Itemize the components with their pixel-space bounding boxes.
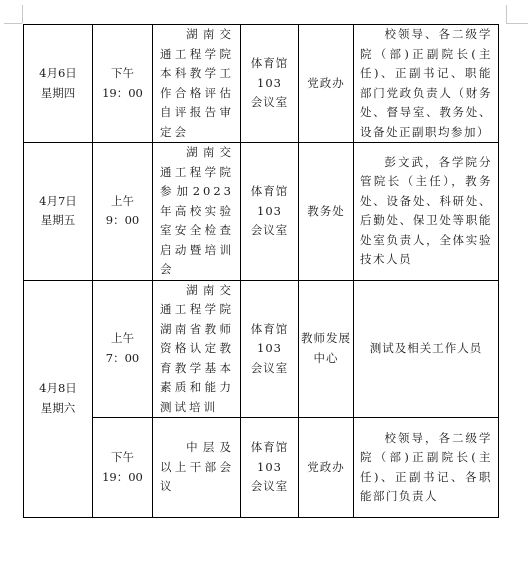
venue-room-type: 会议室	[241, 477, 298, 497]
date-text: 4月8日	[24, 379, 92, 399]
time-cell: 上午 7：00	[93, 280, 153, 418]
attendees-cell: 校领导，各二级学院（部)正副院长(主任)、正副书记、各职能部门负责人	[354, 418, 499, 518]
weekday-text: 星期四	[24, 84, 92, 104]
organizer-text: 教务处	[307, 204, 345, 218]
crop-mark-top-right-vertical	[506, 5, 507, 23]
attendees-text: 测试及相关工作人员	[370, 341, 483, 355]
venue-building: 体育馆	[241, 438, 298, 458]
period-text: 上午	[93, 192, 152, 212]
attendees-cell: 测试及相关工作人员	[354, 280, 499, 418]
table-row: 4月7日 星期五 上午 9：00 湖南交通工程学院参加2023年高校实验室安全检…	[24, 143, 499, 281]
period-text: 下午	[93, 448, 152, 468]
topic-text: 中层及以上干部会议	[160, 440, 234, 493]
time-text: 19：00	[93, 468, 152, 488]
attendees-cell: 校领导、各二级学院（部)正副院长(主任)、正副书记、职能部门党政负责人（财务处、…	[354, 25, 499, 143]
date-text: 4月7日	[24, 192, 92, 212]
venue-room-number: 103	[241, 74, 298, 94]
venue-room-type: 会议室	[241, 359, 298, 379]
time-text: 9：00	[93, 211, 152, 231]
time-cell: 下午 19：00	[93, 25, 153, 143]
topic-cell: 湖南交通工程学院参加2023年高校实验室安全检查启动暨培训会	[153, 143, 241, 281]
date-text: 4月6日	[24, 64, 92, 84]
organizer-cell: 党政办	[299, 418, 354, 518]
date-cell: 4月6日 星期四	[24, 25, 93, 143]
venue-room-number: 103	[241, 339, 298, 359]
attendees-cell: 彭文武，各学院分管院长（主任），教务处、设备处、科研处、后勤处、保卫处等职能处室…	[354, 143, 499, 281]
organizer-cell: 教师发展中心	[299, 280, 354, 418]
time-text: 19：00	[93, 84, 152, 104]
table-row: 下午 19：00 中层及以上干部会议 体育馆 103 会议室 党政办 校领导，各…	[24, 418, 499, 518]
topic-text: 湖南交通工程学院本科教学工作合格评估自评报告审定会	[160, 27, 234, 139]
organizer-text: 党政办	[307, 460, 345, 474]
weekday-text: 星期五	[24, 211, 92, 231]
venue-cell: 体育馆 103 会议室	[241, 143, 299, 281]
attendees-text: 校领导、各二级学院（部)正副院长(主任)、正副书记、职能部门党政负责人（财务处、…	[360, 27, 492, 139]
time-cell: 下午 19：00	[93, 418, 153, 518]
crop-mark-top-right-horizontal	[506, 23, 528, 24]
date-cell: 4月7日 星期五	[24, 143, 93, 281]
topic-text: 湖南交通工程学院湖南省教师资格认定教育教学基本素质和能力测试培训	[160, 283, 234, 414]
attendees-text: 彭文武，各学院分管院长（主任），教务处、设备处、科研处、后勤处、保卫处等职能处室…	[360, 155, 492, 267]
venue-room-type: 会议室	[241, 221, 298, 241]
venue-cell: 体育馆 103 会议室	[241, 280, 299, 418]
date-cell: 4月8日 星期六	[24, 280, 93, 518]
period-text: 下午	[93, 64, 152, 84]
topic-cell: 湖南交通工程学院湖南省教师资格认定教育教学基本素质和能力测试培训	[153, 280, 241, 418]
organizer-text: 教师发展中心	[301, 331, 351, 365]
venue-room-type: 会议室	[241, 93, 298, 113]
crop-mark-top-left-vertical	[22, 5, 23, 23]
venue-room-number: 103	[241, 458, 298, 478]
time-text: 7：00	[93, 349, 152, 369]
venue-cell: 体育馆 103 会议室	[241, 418, 299, 518]
venue-building: 体育馆	[241, 54, 298, 74]
period-text: 上午	[93, 329, 152, 349]
attendees-text: 校领导，各二级学院（部)正副院长(主任)、正副书记、各职能部门负责人	[360, 431, 492, 504]
topic-cell: 湖南交通工程学院本科教学工作合格评估自评报告审定会	[153, 25, 241, 143]
weekday-text: 星期六	[24, 399, 92, 419]
crop-mark-top-left-horizontal	[4, 23, 22, 24]
venue-room-number: 103	[241, 202, 298, 222]
venue-building: 体育馆	[241, 182, 298, 202]
table-row: 4月8日 星期六 上午 7：00 湖南交通工程学院湖南省教师资格认定教育教学基本…	[24, 280, 499, 418]
time-cell: 上午 9：00	[93, 143, 153, 281]
topic-cell: 中层及以上干部会议	[153, 418, 241, 518]
organizer-cell: 教务处	[299, 143, 354, 281]
organizer-text: 党政办	[307, 76, 345, 90]
topic-text: 湖南交通工程学院参加2023年高校实验室安全检查启动暨培训会	[160, 145, 234, 276]
table-row: 4月6日 星期四 下午 19：00 湖南交通工程学院本科教学工作合格评估自评报告…	[24, 25, 499, 143]
schedule-table: 4月6日 星期四 下午 19：00 湖南交通工程学院本科教学工作合格评估自评报告…	[23, 24, 499, 518]
venue-building: 体育馆	[241, 320, 298, 340]
organizer-cell: 党政办	[299, 25, 354, 143]
venue-cell: 体育馆 103 会议室	[241, 25, 299, 143]
